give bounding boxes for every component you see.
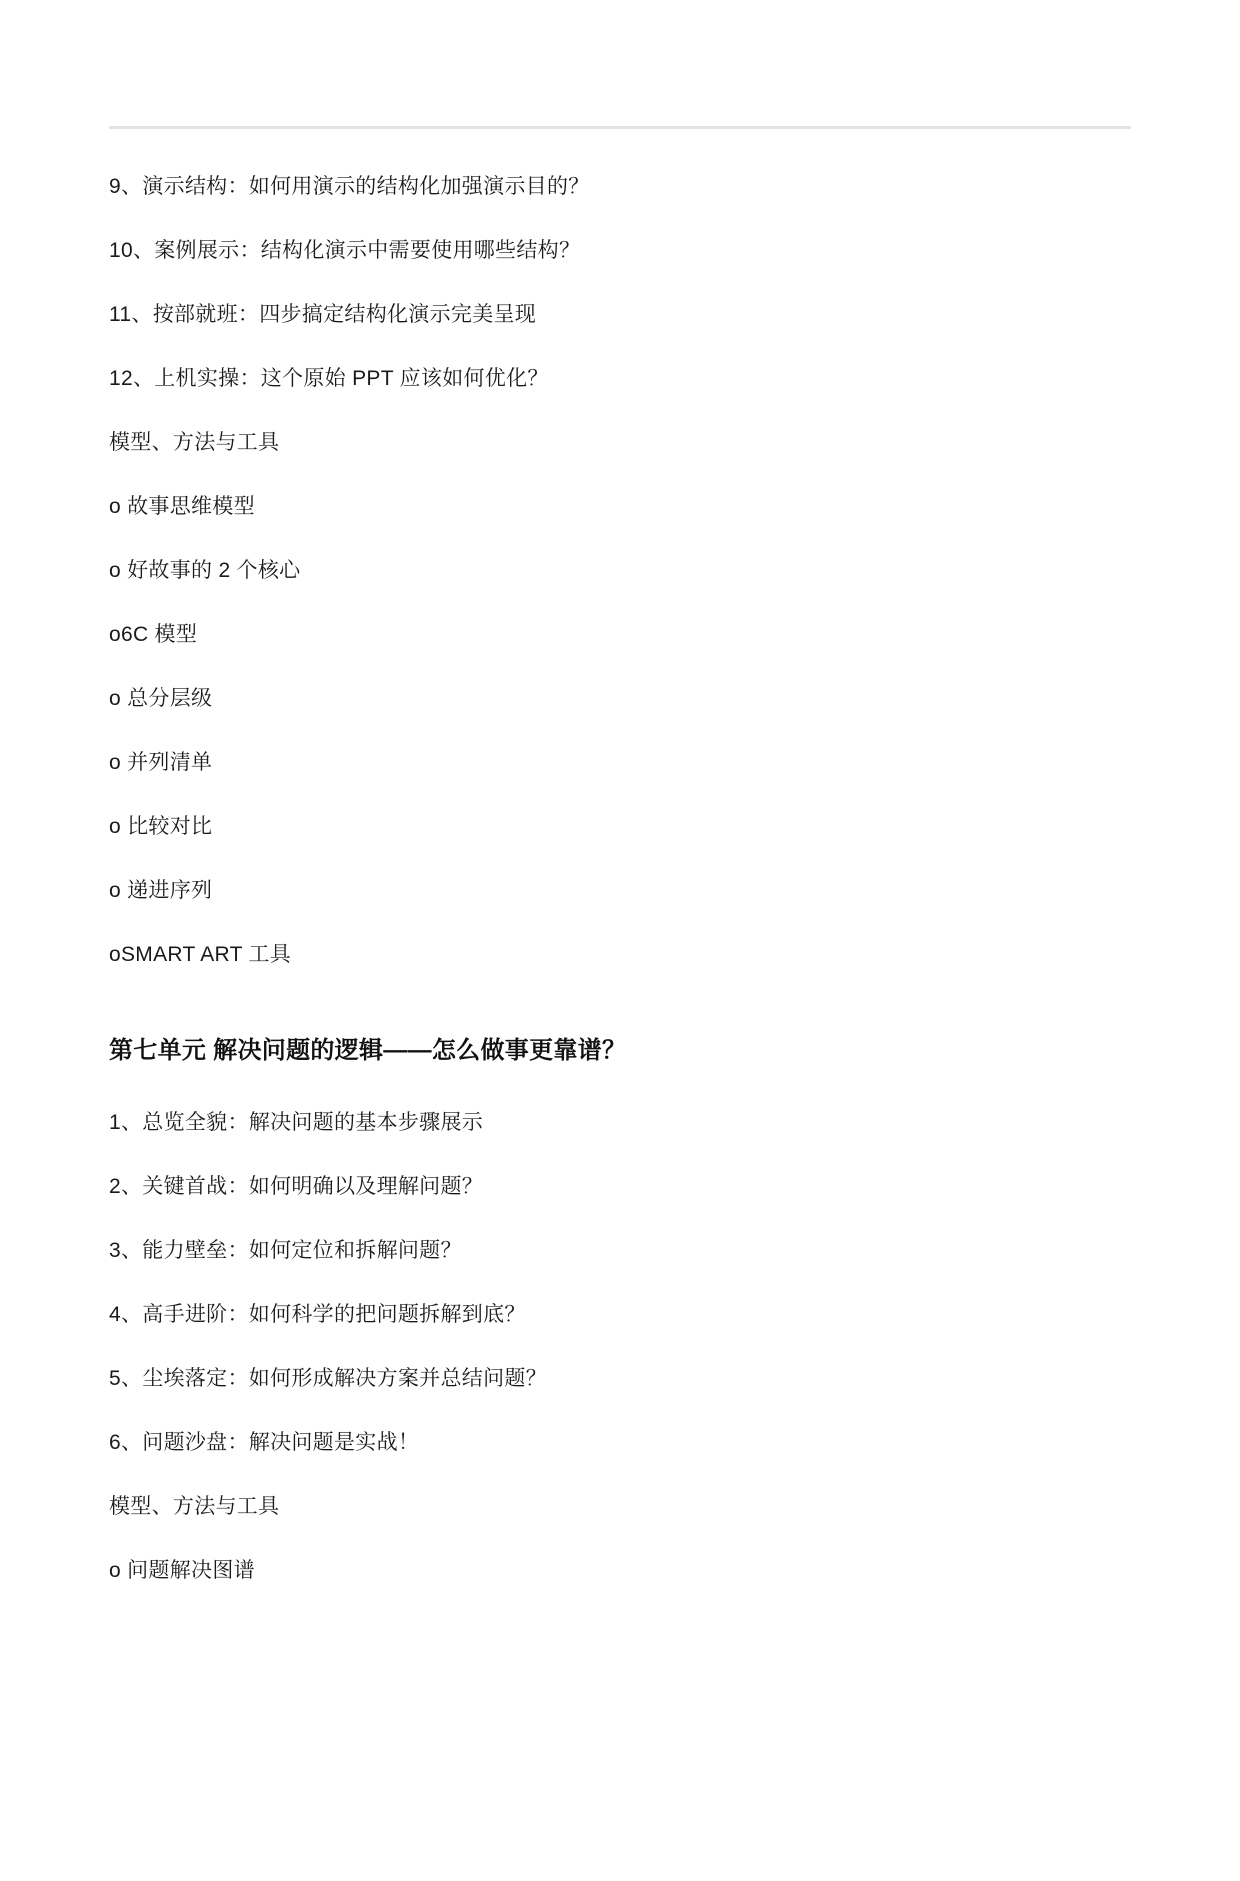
toc-line: 4、高手进阶：如何科学的把问题拆解到底？ [109, 1303, 1131, 1327]
toc-line: 12、上机实操：这个原始 PPT 应该如何优化？ [109, 367, 1131, 391]
toc-line: 5、尘埃落定：如何形成解决方案并总结问题？ [109, 1367, 1131, 1391]
toc-line: 1、总览全貌：解决问题的基本步骤展示 [109, 1111, 1131, 1135]
toc-section-label: 模型、方法与工具 [109, 1495, 1131, 1519]
toc-bullet-line: o 好故事的 2 个核心 [109, 559, 1131, 583]
document-page: 9、演示结构：如何用演示的结构化加强演示目的？ 10、案例展示：结构化演示中需要… [109, 126, 1131, 1583]
toc-line: 6、问题沙盘：解决问题是实战！ [109, 1431, 1131, 1455]
toc-line: 10、案例展示：结构化演示中需要使用哪些结构？ [109, 239, 1131, 263]
toc-bullet-line: o6C 模型 [109, 623, 1131, 647]
toc-bullet-line: o 总分层级 [109, 687, 1131, 711]
toc-line: 11、按部就班：四步搞定结构化演示完美呈现 [109, 303, 1131, 327]
unit-heading: 第七单元 解决问题的逻辑——怎么做事更靠谱？ [109, 1035, 1131, 1067]
toc-bullet-line: o 并列清单 [109, 751, 1131, 775]
toc-bullet-line: o 故事思维模型 [109, 495, 1131, 519]
toc-line: 9、演示结构：如何用演示的结构化加强演示目的？ [109, 175, 1131, 199]
toc-bullet-line: oSMART ART 工具 [109, 943, 1131, 967]
toc-bullet-line: o 递进序列 [109, 879, 1131, 903]
horizontal-divider [109, 126, 1131, 129]
toc-line: 3、能力壁垒：如何定位和拆解问题？ [109, 1239, 1131, 1263]
toc-bullet-line: o 比较对比 [109, 815, 1131, 839]
toc-line: 2、关键首战：如何明确以及理解问题？ [109, 1175, 1131, 1199]
toc-bullet-line: o 问题解决图谱 [109, 1559, 1131, 1583]
toc-section-label: 模型、方法与工具 [109, 431, 1131, 455]
